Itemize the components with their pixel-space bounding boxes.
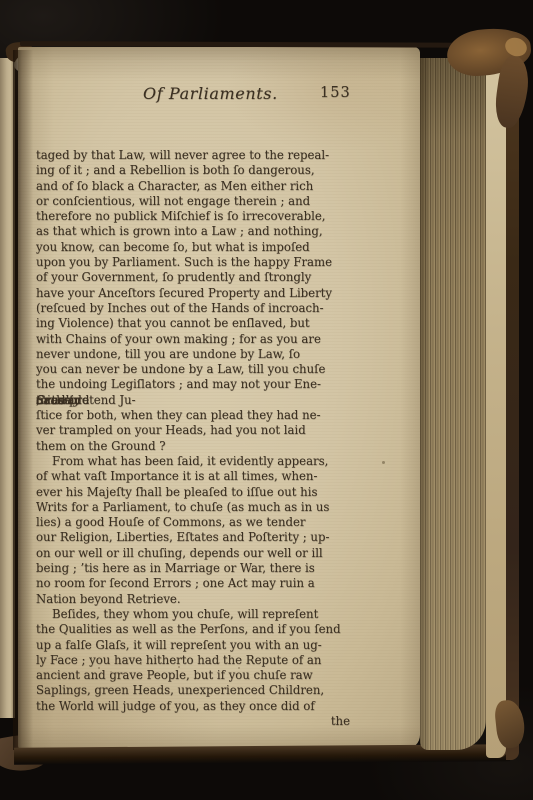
text-line: taged by that Law, will never agree to t… xyxy=(36,148,370,163)
text-line: them on the Ground ? xyxy=(36,439,370,454)
header-title: Of Parliaments. xyxy=(143,84,278,103)
fore-edge-pages xyxy=(420,58,486,750)
text-line: up a falſe Glaſs, it will repreſent you … xyxy=(36,638,370,653)
body-text: taged by that Law, will never agree to t… xyxy=(36,148,370,714)
text-line: ever his Majeſty ſhall be pleaſed to iſſ… xyxy=(36,485,370,500)
text-line: you know, can become ſo, but what is imp… xyxy=(36,240,370,255)
page: Of Parliaments. 153 taged by that Law, w… xyxy=(18,47,420,749)
catchword: the xyxy=(36,714,350,728)
text-line: Nation beyond Retrieve. xyxy=(36,592,370,607)
text-line: ſtice for both, when they can plead they… xyxy=(36,408,370,423)
text-line: the World will judge of you, as they onc… xyxy=(36,699,370,714)
text-line: Writs for a Parliament, to chuſe (as muc… xyxy=(36,500,370,515)
text-line: on our well or ill chuſing, depends our … xyxy=(36,546,370,561)
text-line: you can never be undone by a Law, till y… xyxy=(36,362,370,377)
text-line: have your Anceſtors ſecured Property and… xyxy=(36,286,370,301)
text-line: never undone, till you are undone by Law… xyxy=(36,347,370,362)
text-line: mies add Scorn to their Cruelty, and pre… xyxy=(36,393,370,408)
endpaper-edge xyxy=(486,56,508,758)
page-stain xyxy=(382,461,385,464)
text-line: ing Violence) that you cannot be enſlave… xyxy=(36,316,370,331)
text-line: lies) a good Houſe of Commons, as we ten… xyxy=(36,515,370,530)
running-header: Of Parliaments. 153 xyxy=(36,84,370,102)
text-line: Beſides, they whom you chuſe, will repre… xyxy=(36,607,370,622)
text-line: upon you by Parliament. Such is the happ… xyxy=(36,255,370,270)
text-line: and of ſo black a Character, as Men eith… xyxy=(36,179,370,194)
text-line: Saplings, green Heads, unexperienced Chi… xyxy=(36,683,370,698)
text-line: of what vaſt Importance it is at all tim… xyxy=(36,469,370,484)
text-line: with Chains of your own making ; for as … xyxy=(36,332,370,347)
text-line: ly Face ; you have hitherto had the Repu… xyxy=(36,653,370,668)
photo-background: et;reotnerltdeynsretfoernte;dteronetd Of… xyxy=(0,0,533,800)
text-line: our Religion, Liberties, Eſtates and Poſ… xyxy=(36,530,370,545)
text-line: ancient and grave People, but if you chu… xyxy=(36,668,370,683)
gutter-shadow xyxy=(13,50,33,750)
cover-right-edge xyxy=(506,48,519,760)
text-line: (reſcued by Inches out of the Hands of i… xyxy=(36,301,370,316)
text-line: From what has been ſaid, it evidently ap… xyxy=(36,454,370,469)
text-line: of your Government, ſo prudently and ſtr… xyxy=(36,270,370,285)
text-line: ver trampled on your Heads, had you not … xyxy=(36,423,370,438)
text-line: the undoing Legiſlators ; and may not yo… xyxy=(36,377,370,392)
text-line: ing of it ; and a Rebellion is both ſo d… xyxy=(36,163,370,178)
text-line: as that which is grown into a Law ; and … xyxy=(36,224,370,239)
text-line: no room for ſecond Errors ; one Act may … xyxy=(36,576,370,591)
text-line: being ; ’tis here as in Marriage or War,… xyxy=(36,561,370,576)
text-line: or conſcientious, will not engage therei… xyxy=(36,194,370,209)
text-line: the Qualities as well as the Perſons, an… xyxy=(36,622,370,637)
page-number: 153 xyxy=(320,85,351,101)
text-line: therefore no publick Miſchief is ſo irre… xyxy=(36,209,370,224)
